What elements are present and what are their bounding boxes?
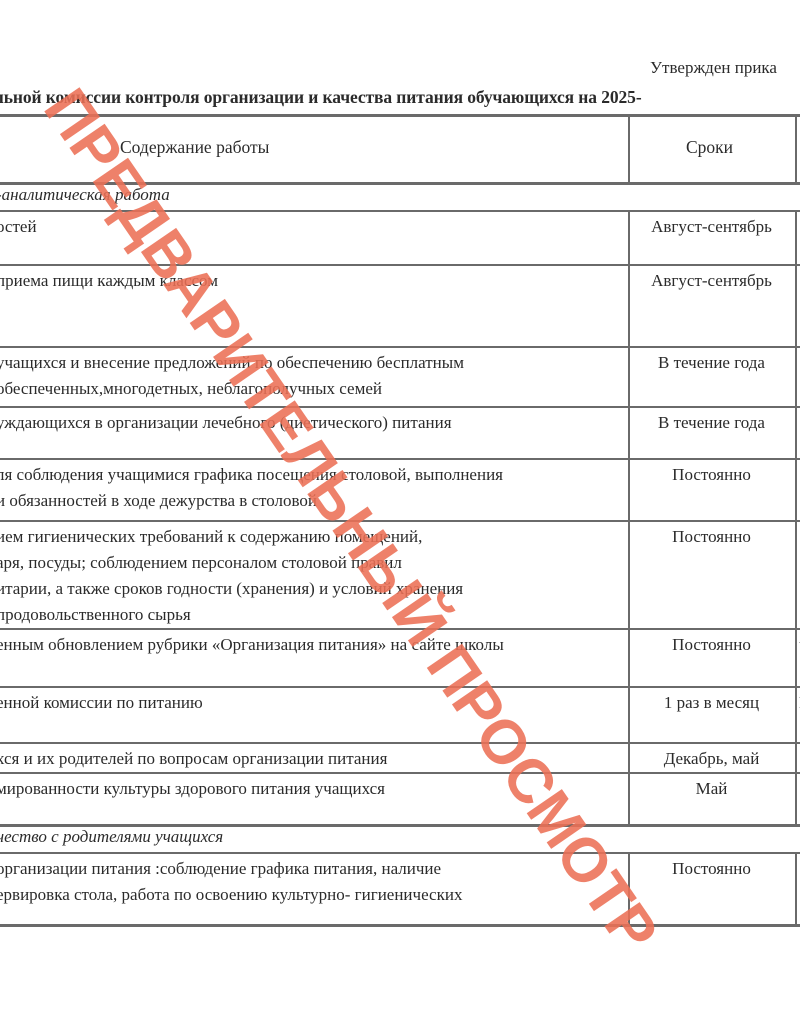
column-rule — [795, 458, 797, 520]
table-rule — [0, 520, 800, 522]
column-rule — [795, 628, 797, 686]
column-rule — [795, 114, 797, 182]
table-rule — [0, 210, 800, 212]
row-content-line: хся и их родителей по вопросам организац… — [0, 746, 387, 772]
row-deadline: Постоянно — [628, 462, 795, 488]
row-content-line: ием гигиенических требований к содержани… — [0, 524, 422, 550]
column-rule — [795, 210, 797, 264]
row-content-line: обеспеченных,многодетных, неблагополучны… — [0, 376, 382, 402]
table-rule — [0, 686, 800, 688]
row-deadline: Декабрь, май — [628, 746, 795, 772]
table-rule — [0, 114, 800, 117]
row-content-line: аря, посуды; соблюдением персоналом стол… — [0, 550, 402, 576]
row-deadline: В течение года — [628, 410, 795, 436]
row-content-line: итарии, а также сроков годности (хранени… — [0, 576, 463, 602]
row-content-line: учащихся и внесение предложений по обесп… — [0, 350, 464, 376]
column-rule — [795, 264, 797, 346]
row-content-line: енным обновлением рубрики «Организация п… — [0, 632, 504, 658]
column-rule — [795, 852, 797, 924]
row-content-line: уждающихся в организации лечебного (диет… — [0, 410, 452, 436]
column-rule — [795, 346, 797, 406]
column-rule — [795, 520, 797, 628]
row-content-line: мированности культуры здорового питания … — [0, 776, 385, 802]
row-deadline: Май — [628, 776, 795, 802]
table-rule — [0, 406, 800, 408]
row-deadline: Постоянно — [628, 632, 795, 658]
row-deadline: Август-сентябрь — [628, 268, 795, 294]
table-rule — [0, 772, 800, 774]
row-content-line: и обязанностей в ходе дежурства в столов… — [0, 488, 317, 514]
document-title: льной комиссии контроля организации и ка… — [0, 87, 642, 108]
table-rule — [0, 924, 800, 927]
row-content-line: ля соблюдения учащимися графика посещени… — [0, 462, 503, 488]
section-title: -аналитическая работа — [0, 185, 170, 205]
approved-text: Утвержден прика — [650, 58, 777, 78]
row-content-line: ервировка стола, работа по освоению куль… — [0, 882, 462, 908]
row-content-line: организации питания :соблюдение графика … — [0, 856, 441, 882]
column-rule — [795, 772, 797, 824]
row-content-line: продовольственного сырья — [0, 602, 191, 628]
row-content-line: енной комиссии по питанию — [0, 690, 203, 716]
table-rule — [0, 346, 800, 348]
header-deadline: Сроки — [686, 134, 733, 160]
table-rule — [0, 264, 800, 266]
row-deadline: В течение года — [628, 350, 795, 376]
column-rule — [628, 114, 630, 182]
row-content-line: остей — [0, 214, 37, 240]
row-content-line: приема пищи каждым классом — [0, 268, 218, 294]
column-rule — [795, 742, 797, 772]
row-deadline: Постоянно — [628, 856, 795, 882]
header-content: Содержание работы — [120, 134, 269, 160]
table-rule — [0, 458, 800, 460]
table-rule — [0, 742, 800, 744]
column-rule — [795, 686, 797, 742]
section-title: чество с родителями учащихся — [0, 827, 223, 847]
column-rule — [795, 406, 797, 458]
row-deadline: Постоянно — [628, 524, 795, 550]
row-deadline: 1 раз в месяц — [628, 690, 795, 716]
table-rule — [0, 852, 800, 854]
row-deadline: Август-сентябрь — [628, 214, 795, 240]
table-rule — [0, 628, 800, 630]
